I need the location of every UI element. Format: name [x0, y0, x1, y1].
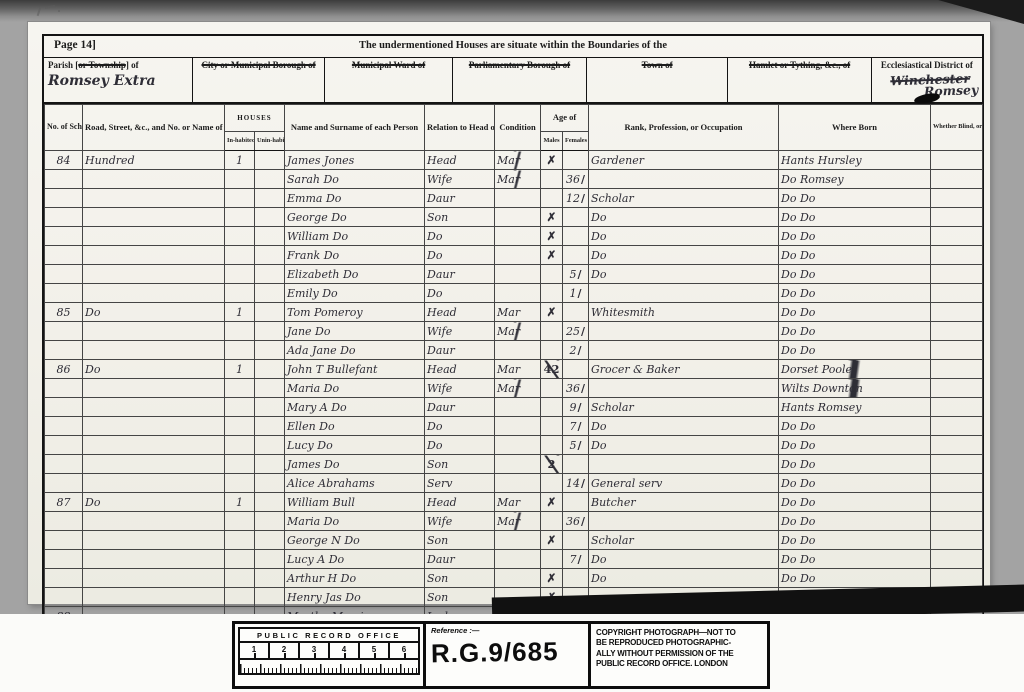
cell-inh [225, 474, 255, 493]
cell-af: 9 [563, 398, 589, 417]
cell-sched [45, 474, 83, 493]
cell-blind [931, 284, 983, 303]
cell-road [83, 379, 225, 398]
inch-mark: 1 [240, 643, 270, 658]
cell-uninh [255, 303, 285, 322]
cell-name: George N Do [285, 531, 425, 550]
cell-road [83, 265, 225, 284]
cell-rel: Daur [425, 265, 495, 284]
cell-occ: Do [589, 227, 779, 246]
copyright-line: BE REPRODUCED PHOTOGRAPHIC- [596, 638, 762, 648]
cell-road: Do [83, 303, 225, 322]
cell-blind [931, 436, 983, 455]
inch-mark: 2 [270, 643, 300, 658]
cell-rel: Do [425, 436, 495, 455]
cell-blind [931, 322, 983, 341]
copyright-line: PUBLIC RECORD OFFICE. LONDON [596, 659, 762, 669]
cell-uninh [255, 474, 285, 493]
cell-name: James Jones [285, 151, 425, 170]
cell-name: Maria Do [285, 512, 425, 531]
cell-name: Frank Do [285, 246, 425, 265]
cell-cond [495, 398, 541, 417]
census-row: Jane DoWifeMar25Do Do [45, 322, 983, 341]
cell-uninh [255, 265, 285, 284]
cell-af [563, 455, 589, 474]
cell-name: Lucy Do [285, 436, 425, 455]
cell-am [541, 550, 563, 569]
cell-af: 25 [563, 322, 589, 341]
cell-occ: Do [589, 208, 779, 227]
cell-sched: 85 [45, 303, 83, 322]
cell-uninh [255, 170, 285, 189]
cell-name: Ellen Do [285, 417, 425, 436]
cell-occ: Scholar [589, 189, 779, 208]
cell-inh: 1 [225, 151, 255, 170]
cell-occ: Do [589, 569, 779, 588]
cell-af: 1 [563, 284, 589, 303]
census-row: 86Do1John T BullefantHeadMar42Grocer & B… [45, 360, 983, 379]
cell-born: Do Romsey [779, 170, 931, 189]
cell-cond: Mar [495, 170, 541, 189]
cell-occ: Do [589, 246, 779, 265]
cell-born: Do Do [779, 322, 931, 341]
cell-road [83, 322, 225, 341]
cell-inh [225, 379, 255, 398]
cell-name: Emma Do [285, 189, 425, 208]
cell-uninh [255, 284, 285, 303]
col-header-age-group: Age of [541, 105, 589, 132]
cell-road: Do [83, 360, 225, 379]
cell-born: Do Do [779, 341, 931, 360]
cell-born: Do Do [779, 531, 931, 550]
cell-uninh [255, 379, 285, 398]
cell-sched [45, 550, 83, 569]
cell-rel: Son [425, 569, 495, 588]
cell-inh [225, 227, 255, 246]
cell-uninh [255, 455, 285, 474]
cell-occ: Scholar [589, 398, 779, 417]
ecclesiastical-district-cell: Ecclesiastical District of Winchester Ro… [872, 58, 982, 102]
census-scan-screen: Page 14] The undermentioned Houses are s… [0, 0, 1024, 692]
ink-blot [914, 92, 941, 105]
cell-blind [931, 493, 983, 512]
cell-inh [225, 341, 255, 360]
cell-af: 7 [563, 550, 589, 569]
cell-inh [225, 531, 255, 550]
reference-label: Reference :— [431, 626, 583, 635]
cell-rel: Do [425, 417, 495, 436]
cell-sched [45, 398, 83, 417]
cell-inh [225, 588, 255, 607]
cell-inh [225, 512, 255, 531]
cell-sched [45, 588, 83, 607]
cell-rel: Serv [425, 474, 495, 493]
cell-born: Do Do [779, 265, 931, 284]
cell-road [83, 455, 225, 474]
cell-inh [225, 246, 255, 265]
cell-inh [225, 208, 255, 227]
cell-rel: Do [425, 246, 495, 265]
inch-mark: 4 [330, 643, 360, 658]
cell-rel: Wife [425, 379, 495, 398]
cell-born: Do Do [779, 550, 931, 569]
census-row: Ada Jane DoDaur2Do Do [45, 341, 983, 360]
census-row: George N DoSon✗ScholarDo Do [45, 531, 983, 550]
cell-uninh [255, 493, 285, 512]
cell-occ [589, 322, 779, 341]
cell-name: Lucy A Do [285, 550, 425, 569]
town-cell: Town of [587, 58, 728, 102]
census-row: 87Do1William BullHeadMar✗ButcherDo Do [45, 493, 983, 512]
cell-occ: General serv [589, 474, 779, 493]
cell-inh [225, 550, 255, 569]
cell-sched [45, 436, 83, 455]
cell-af: 5 [563, 436, 589, 455]
census-row: George DoSon✗DoDo Do [45, 208, 983, 227]
cell-am: ✗ [541, 227, 563, 246]
cell-af [563, 151, 589, 170]
cell-inh [225, 436, 255, 455]
cell-cond [495, 189, 541, 208]
cell-blind [931, 474, 983, 493]
cell-af: 12 [563, 189, 589, 208]
cell-sched [45, 417, 83, 436]
cell-af: 36 [563, 512, 589, 531]
cell-road [83, 531, 225, 550]
col-header-houses-group: HOUSES [225, 105, 285, 132]
cell-af: 2 [563, 341, 589, 360]
cell-rel: Son [425, 588, 495, 607]
census-form: Page 14] The undermentioned Houses are s… [42, 34, 984, 661]
cell-sched [45, 265, 83, 284]
cell-name: James Do [285, 455, 425, 474]
cell-occ: Scholar [589, 531, 779, 550]
cell-uninh [255, 512, 285, 531]
city-borough-label: City or Municipal Borough of [202, 60, 316, 70]
cell-rel: Son [425, 531, 495, 550]
cell-born: Do Do [779, 474, 931, 493]
cell-blind [931, 265, 983, 284]
cell-am [541, 398, 563, 417]
stamp-inch-ruler: 1 2 3 4 5 6 [238, 643, 420, 660]
cell-uninh [255, 322, 285, 341]
census-row: 84Hundred1James JonesHeadMar✗GardenerHan… [45, 151, 983, 170]
cell-rel: Daur [425, 550, 495, 569]
cell-name: George Do [285, 208, 425, 227]
form-title-row: Page 14] The undermentioned Houses are s… [44, 36, 982, 58]
cell-sched: 84 [45, 151, 83, 170]
col-header-males: Males [541, 132, 563, 151]
cell-name: Maria Do [285, 379, 425, 398]
municipal-ward-label: Municipal Ward of [352, 60, 425, 70]
cell-road [83, 569, 225, 588]
cell-rel: Wife [425, 512, 495, 531]
cell-born: Do Do [779, 303, 931, 322]
census-row: James DoSon2Do Do [45, 455, 983, 474]
cell-uninh [255, 246, 285, 265]
cell-occ: Do [589, 265, 779, 284]
col-header-occupation: Rank, Profession, or Occupation [589, 105, 779, 151]
col-header-inhabited: In-habited [225, 132, 255, 151]
cell-blind [931, 170, 983, 189]
cell-road [83, 284, 225, 303]
cell-name: Elizabeth Do [285, 265, 425, 284]
census-table: No. of Schedule Road, Street, &c., and N… [44, 104, 983, 659]
cell-occ: Do [589, 550, 779, 569]
cell-blind [931, 512, 983, 531]
census-row: Emily DoDo1Do Do [45, 284, 983, 303]
cell-rel: Daur [425, 341, 495, 360]
cell-born: Do Do [779, 512, 931, 531]
cell-af: 7 [563, 417, 589, 436]
cell-uninh [255, 189, 285, 208]
census-rows: 84Hundred1James JonesHeadMar✗GardenerHan… [45, 151, 983, 626]
cell-blind [931, 189, 983, 208]
cell-occ: Do [589, 436, 779, 455]
cell-rel: Do [425, 284, 495, 303]
cell-cond [495, 341, 541, 360]
cell-name: William Do [285, 227, 425, 246]
cell-inh [225, 398, 255, 417]
cell-name: Sarah Do [285, 170, 425, 189]
cell-road [83, 417, 225, 436]
cell-road [83, 512, 225, 531]
cell-blind [931, 417, 983, 436]
col-header-relation: Relation to Head of Family [425, 105, 495, 151]
census-row: 85Do1Tom PomeroyHeadMar✗WhitesmithDo Do [45, 303, 983, 322]
census-row: Mary A DoDaur9ScholarHants Romsey [45, 398, 983, 417]
cell-road [83, 398, 225, 417]
cell-inh [225, 569, 255, 588]
cell-sched [45, 284, 83, 303]
reference-number: R.G.9/685 [431, 636, 584, 670]
bottom-strip: PUBLIC RECORD OFFICE 1 2 3 4 5 6 Referen… [0, 614, 1024, 692]
cell-af [563, 360, 589, 379]
stamp-ruler-section: PUBLIC RECORD OFFICE 1 2 3 4 5 6 [235, 624, 426, 686]
cell-uninh [255, 531, 285, 550]
cell-name: Tom Pomeroy [285, 303, 425, 322]
cell-born: Do Do [779, 417, 931, 436]
cell-occ [589, 341, 779, 360]
cell-sched [45, 322, 83, 341]
inch-mark: 5 [360, 643, 390, 658]
hamlet-cell: Hamlet or Tything, &c., of [728, 58, 871, 102]
cell-uninh [255, 550, 285, 569]
cell-cond [495, 208, 541, 227]
cell-name: Jane Do [285, 322, 425, 341]
cell-cond [495, 284, 541, 303]
cell-cond [495, 531, 541, 550]
cell-blind [931, 151, 983, 170]
col-header-females: Females [563, 132, 589, 151]
town-label: Town of [642, 60, 673, 70]
cell-occ: Gardener [589, 151, 779, 170]
cell-road [83, 341, 225, 360]
cell-am: ✗ [541, 569, 563, 588]
cell-inh [225, 265, 255, 284]
cell-uninh [255, 569, 285, 588]
cell-uninh [255, 208, 285, 227]
cell-af [563, 227, 589, 246]
cell-cond [495, 569, 541, 588]
cell-name: William Bull [285, 493, 425, 512]
col-header-uninhabited: Unin-habited (U.), or Building (B.) [255, 132, 285, 151]
cell-sched [45, 170, 83, 189]
cell-blind [931, 398, 983, 417]
cell-name: Arthur H Do [285, 569, 425, 588]
pencil-marks [36, 4, 76, 20]
cell-road [83, 588, 225, 607]
census-row: Frank DoDo✗DoDo Do [45, 246, 983, 265]
census-table-header: No. of Schedule Road, Street, &c., and N… [45, 105, 983, 151]
cell-sched [45, 569, 83, 588]
cell-road [83, 227, 225, 246]
pro-reference-stamp: PUBLIC RECORD OFFICE 1 2 3 4 5 6 Referen… [232, 621, 770, 689]
cell-road [83, 170, 225, 189]
col-header-condition: Condition [495, 105, 541, 151]
cell-am [541, 379, 563, 398]
cell-sched: 87 [45, 493, 83, 512]
cell-road [83, 208, 225, 227]
cell-blind [931, 360, 983, 379]
cell-am [541, 436, 563, 455]
cell-inh: 1 [225, 360, 255, 379]
cell-occ [589, 512, 779, 531]
cell-am: 42 [541, 360, 563, 379]
cell-am: ✗ [541, 493, 563, 512]
census-row: Alice AbrahamsServ14General servDo Do [45, 474, 983, 493]
cell-af [563, 303, 589, 322]
census-row: Emma DoDaur12ScholarDo Do [45, 189, 983, 208]
cell-born: Do Do [779, 189, 931, 208]
cell-rel: Son [425, 455, 495, 474]
census-row: Ellen DoDo7DoDo Do [45, 417, 983, 436]
municipal-ward-cell: Municipal Ward of [325, 58, 453, 102]
cell-af: 36 [563, 379, 589, 398]
cell-rel: Wife [425, 322, 495, 341]
cell-born: Do Do [779, 284, 931, 303]
district-row: Parish [or Township] of Romsey Extra Cit… [44, 58, 982, 104]
cell-inh: 1 [225, 303, 255, 322]
cell-sched: 86 [45, 360, 83, 379]
cell-am: 2 [541, 455, 563, 474]
cell-am [541, 284, 563, 303]
cell-af [563, 208, 589, 227]
cell-rel: Head [425, 493, 495, 512]
col-header-born: Where Born [779, 105, 931, 151]
stamp-reference-section: Reference :— R.G.9/685 [426, 624, 591, 686]
cell-occ: Whitesmith [589, 303, 779, 322]
cell-cond [495, 455, 541, 474]
census-row: Elizabeth DoDaur5DoDo Do [45, 265, 983, 284]
census-row: Maria DoWifeMar36Do Do [45, 512, 983, 531]
cell-cond [495, 227, 541, 246]
cell-sched [45, 246, 83, 265]
cell-sched [45, 227, 83, 246]
cell-occ: Butcher [589, 493, 779, 512]
cell-blind [931, 208, 983, 227]
cell-rel: Head [425, 151, 495, 170]
stamp-office-name: PUBLIC RECORD OFFICE [238, 627, 420, 643]
census-row: Lucy A DoDaur7DoDo Do [45, 550, 983, 569]
cell-cond: Mar [495, 379, 541, 398]
copyright-line: ALLY WITHOUT PERMISSION OF THE [596, 649, 762, 659]
cell-af: 5 [563, 265, 589, 284]
cell-name: Alice Abrahams [285, 474, 425, 493]
cell-blind [931, 550, 983, 569]
cell-born: Do Do [779, 455, 931, 474]
census-row: Maria DoWifeMar36Wilts Downton [45, 379, 983, 398]
stamp-copyright-section: COPYRIGHT PHOTOGRAPH—NOT TO BE REPRODUCE… [591, 624, 767, 686]
cell-cond [495, 550, 541, 569]
cell-born: Do Do [779, 208, 931, 227]
cell-inh [225, 455, 255, 474]
cell-cond: Mar [495, 360, 541, 379]
cell-uninh [255, 341, 285, 360]
cell-cond [495, 436, 541, 455]
inch-mark: 3 [300, 643, 330, 658]
cell-occ [589, 379, 779, 398]
cell-af: 36 [563, 170, 589, 189]
cell-cond [495, 265, 541, 284]
cell-blind [931, 569, 983, 588]
cell-am [541, 341, 563, 360]
cell-rel: Daur [425, 189, 495, 208]
census-row: William DoDo✗DoDo Do [45, 227, 983, 246]
cell-born: Do Do [779, 493, 931, 512]
cell-am: ✗ [541, 303, 563, 322]
cell-blind [931, 303, 983, 322]
cell-born: Do Do [779, 569, 931, 588]
cell-uninh [255, 436, 285, 455]
cell-am [541, 265, 563, 284]
cell-uninh [255, 588, 285, 607]
parish-value: Romsey Extra [48, 73, 188, 91]
cell-af [563, 246, 589, 265]
cell-road [83, 246, 225, 265]
col-header-schedule: No. of Schedule [45, 105, 83, 151]
cell-af [563, 493, 589, 512]
cell-cond: Mar [495, 493, 541, 512]
cell-inh [225, 189, 255, 208]
copyright-line: COPYRIGHT PHOTOGRAPH—NOT TO [596, 628, 762, 638]
cell-occ [589, 284, 779, 303]
cell-sched [45, 208, 83, 227]
cell-am: ✗ [541, 531, 563, 550]
cell-am [541, 189, 563, 208]
col-header-name: Name and Surname of each Person [285, 105, 425, 151]
cell-rel: Son [425, 208, 495, 227]
cell-inh [225, 284, 255, 303]
census-row: Sarah DoWifeMar36Do Romsey [45, 170, 983, 189]
cell-road: Do [83, 493, 225, 512]
cell-born: Do Do [779, 246, 931, 265]
cell-uninh [255, 360, 285, 379]
parliamentary-borough-label: Parliamentary Borough of [469, 60, 570, 70]
cell-name: Mary A Do [285, 398, 425, 417]
cell-am: ✗ [541, 246, 563, 265]
census-row: Arthur H DoSon✗DoDo Do [45, 569, 983, 588]
cell-name: John T Bullefant [285, 360, 425, 379]
cell-name: Henry Jas Do [285, 588, 425, 607]
cell-uninh [255, 151, 285, 170]
cell-rel: Do [425, 227, 495, 246]
cell-blind [931, 455, 983, 474]
cell-af: 14 [563, 474, 589, 493]
scan-top-smudge [0, 0, 1024, 22]
cell-blind [931, 341, 983, 360]
cell-sched [45, 341, 83, 360]
